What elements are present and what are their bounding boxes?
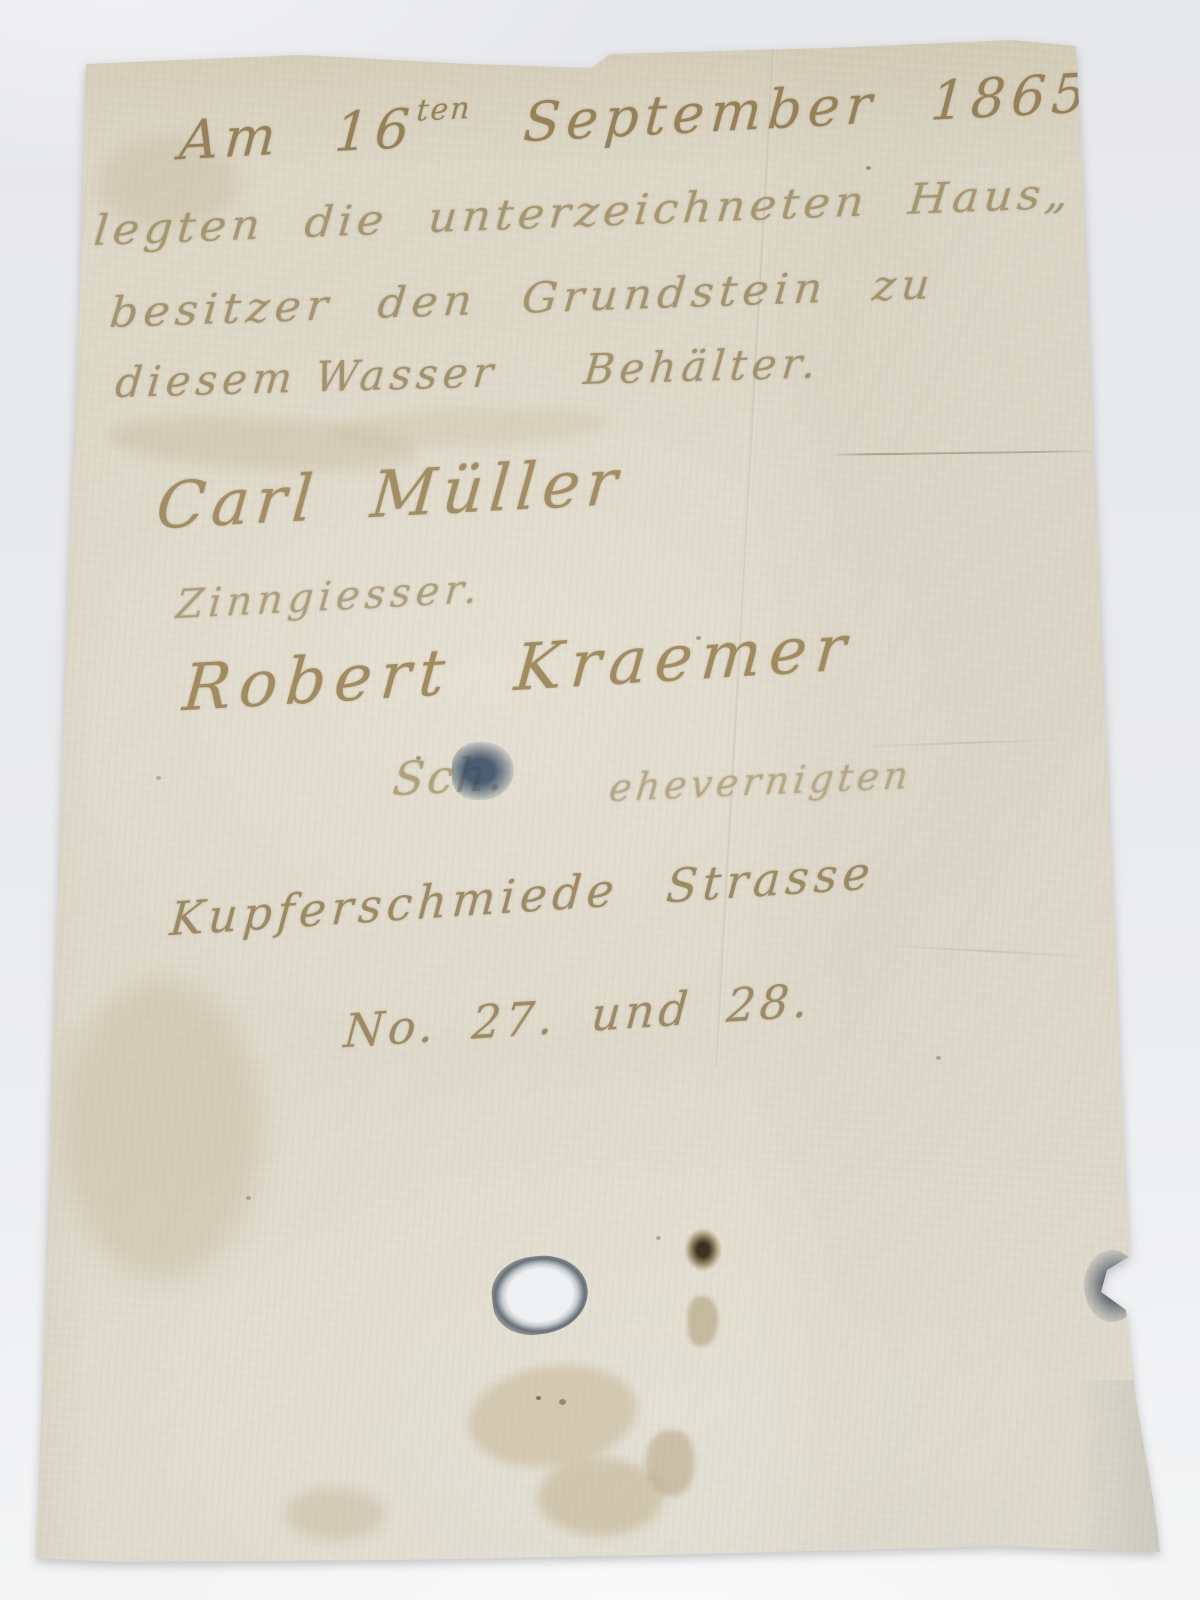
date-prefix: Am 16 bbox=[177, 97, 417, 173]
date-ordinal-superscript: ten bbox=[415, 91, 473, 129]
paper-shadow: Am 16ten September 1865 legten die unter… bbox=[0, 0, 1200, 1600]
water-stain bbox=[285, 1488, 385, 1540]
photo-of-document: { "photo": { "background_color_top": "#e… bbox=[0, 0, 1200, 1600]
foxing-specks bbox=[536, 1396, 541, 1400]
document-paper: Am 16ten September 1865 legten die unter… bbox=[0, 0, 1200, 1600]
water-stain bbox=[62, 980, 262, 1280]
dark-ink-spot bbox=[680, 1226, 726, 1296]
water-stain bbox=[538, 1458, 663, 1536]
water-stain bbox=[646, 1430, 694, 1496]
edge-ink-stain bbox=[1084, 1250, 1140, 1322]
body-3-right: Behälter. bbox=[582, 338, 823, 394]
fold-shading-band bbox=[1070, 1380, 1165, 1565]
